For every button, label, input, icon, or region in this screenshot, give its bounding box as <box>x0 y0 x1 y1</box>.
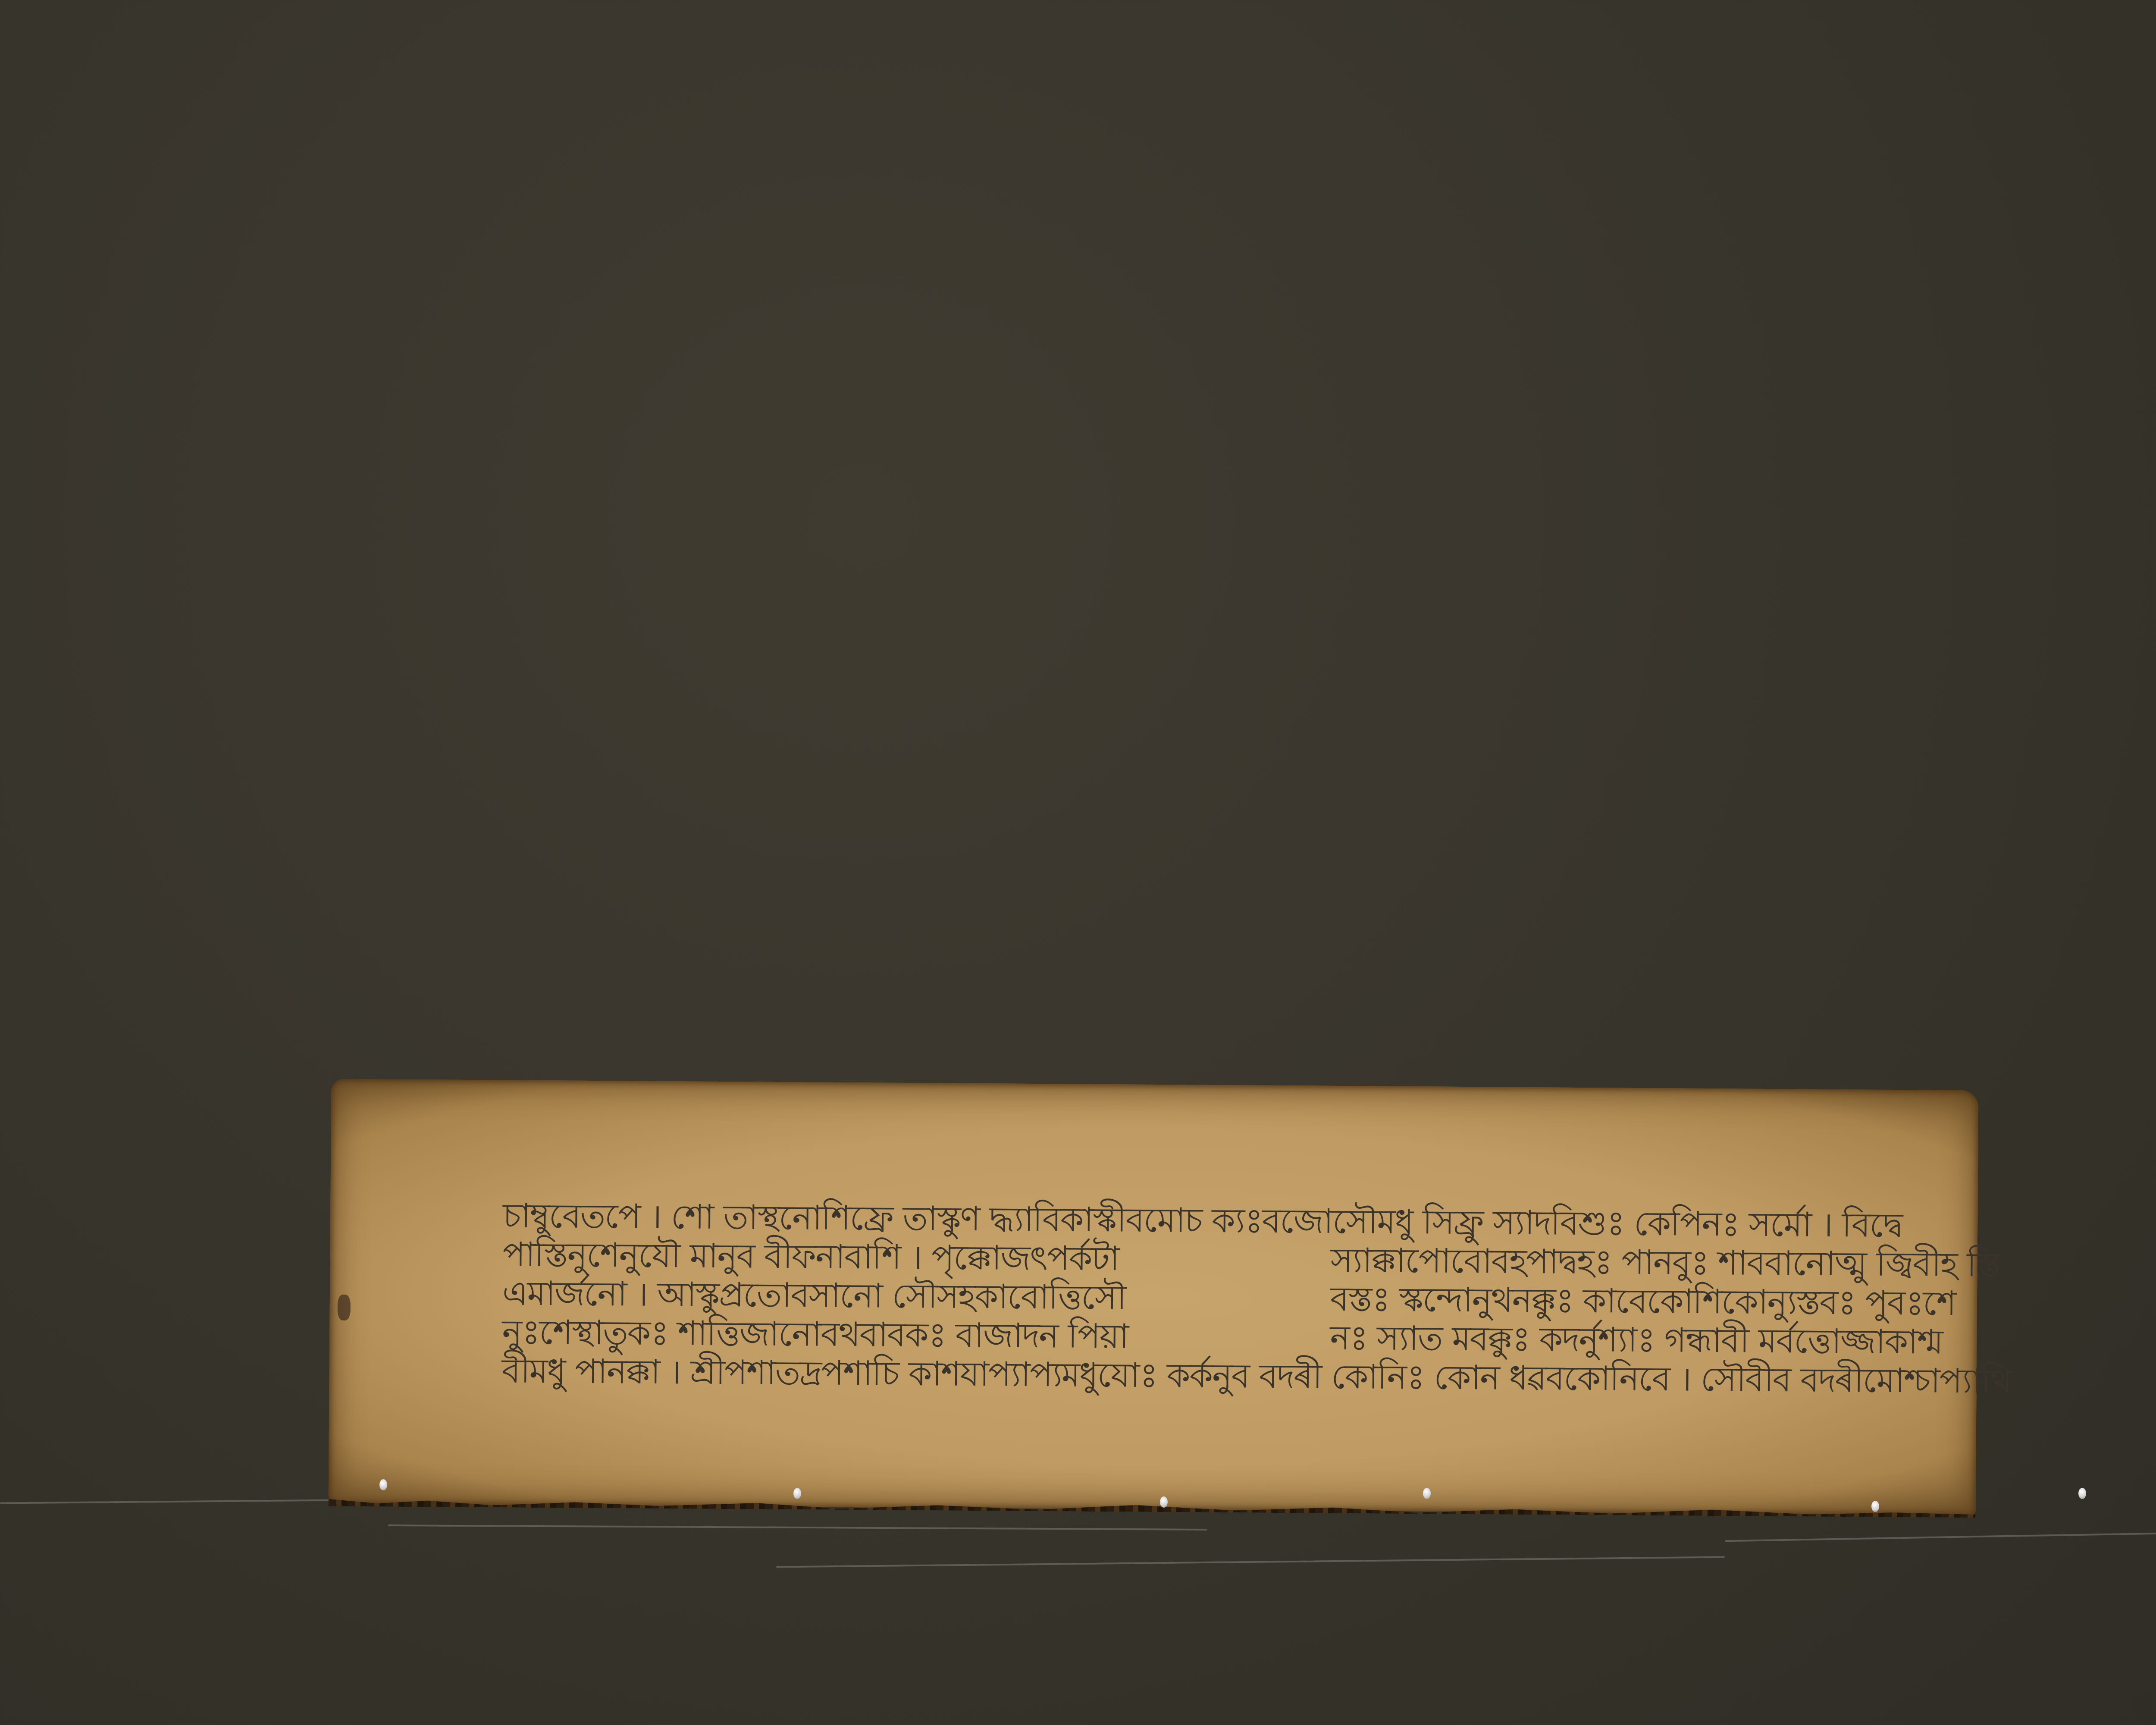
pencil-guide-line <box>1725 1531 2156 1542</box>
text-line-2: পাস্তিনুশেনুযৌ মানুব বীফনাবাশি । পৃক্কোজ… <box>502 1235 1119 1278</box>
pencil-guide-line <box>388 1524 1207 1531</box>
manuscript-folio: চাম্বুবেতপে । শো তাস্থনোশিফ্রে তাস্কুণ দ… <box>329 1079 1979 1515</box>
text-line-right-3: বস্তঃ স্কন্দোনুথনক্কুঃ কাবেকোশিকোন্যুস্ত… <box>1330 1280 1956 1323</box>
mounting-pin <box>1423 1488 1431 1499</box>
text-line-right-2: স্যাক্কাপোবোবহপাদ্বহঃ পানবুঃ শাববানোত্মু… <box>1330 1241 2000 1285</box>
mounting-pin <box>2078 1488 2086 1499</box>
mounting-pin <box>793 1488 801 1499</box>
mounting-pin <box>1871 1501 1879 1512</box>
mounting-pin <box>379 1479 387 1490</box>
manuscript-text: চাম্বুবেতপে । শো তাস্থনোশিফ্রে তাস্কুণ দ… <box>503 1196 1797 1205</box>
pencil-guide-line <box>0 1499 345 1504</box>
pencil-guide-line <box>776 1556 1725 1568</box>
text-line-4: নুঃশেস্থাতুকঃ শাত্তিজানোবথবাবকঃ বাজাদন প… <box>502 1313 1128 1356</box>
text-line-3: এমাৰ্জনো । আস্কুপ্ৰতোবসানো সৌসহকাবোত্তিস… <box>502 1274 1126 1317</box>
ink-stain <box>338 1295 351 1320</box>
text-line-right-4: নঃ স্যাত মবক্কুঃ কদৰ্নুশ্যাঃ গন্ধাবী মৰ্… <box>1330 1319 1943 1362</box>
mounting-pin <box>1160 1496 1168 1508</box>
